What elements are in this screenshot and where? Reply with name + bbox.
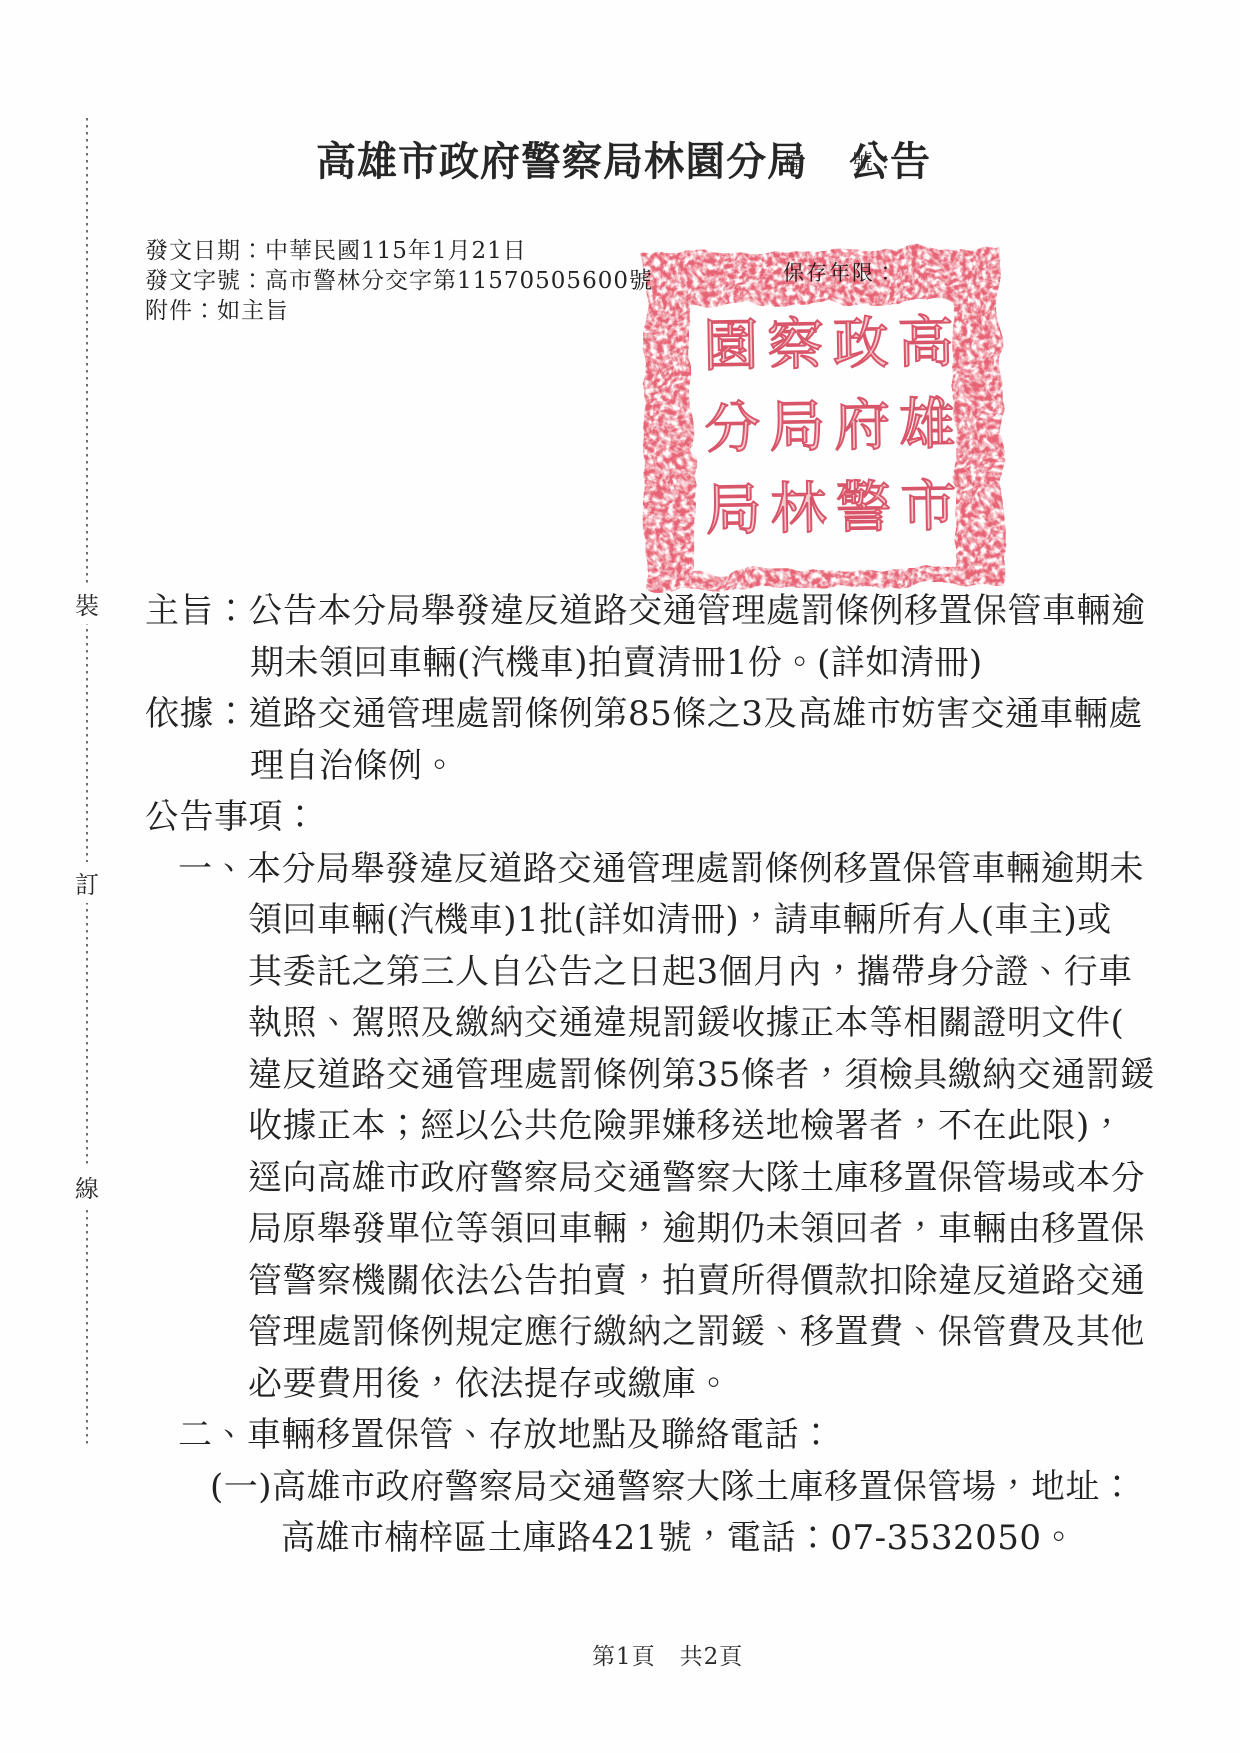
body-line: 必要費用後，依法提存或繳庫。 — [0, 1359, 1240, 1411]
issuance-meta: 發文日期：中華民國115年1月21日 發文字號：高市警林分交字第11570505… — [145, 236, 653, 326]
official-announcement-page: 檔 號： 保存年限： 高雄市政府警察局林園分局 公告 發文日期：中華民國115年… — [0, 0, 1240, 1753]
body-line: 執照、駕照及繳納交通違規罰鍰收據正本等相關證明文件( — [0, 998, 1240, 1050]
body-line: 一、本分局舉發違反道路交通管理處罰條例移置保管車輛逾期未 — [0, 844, 1240, 896]
body-line: 局原舉發單位等領回車輛，逾期仍未領回者，車輛由移置保 — [0, 1204, 1240, 1256]
announcement-body: 主旨：公告本分局舉發違反道路交通管理處罰條例移置保管車輛逾 期未領回車輛(汽機車… — [0, 586, 1240, 1565]
body-line: 逕向高雄市政府警察局交通警察大隊土庫移置保管場或本分 — [0, 1153, 1240, 1205]
body-line: 高雄市楠梓區土庫路421號，電話：07-3532050。 — [0, 1513, 1240, 1565]
body-line: 違反道路交通管理處罰條例第35條者，須檢具繳納交通罰鍰 — [0, 1050, 1240, 1102]
body-line: 二、車輛移置保管、存放地點及聯絡電話： — [0, 1410, 1240, 1462]
document-title: 高雄市政府警察局林園分局 公告 — [316, 130, 931, 187]
body-line: 依據：道路交通管理處罰條例第85條之3及高雄市妨害交通車輛處 — [0, 689, 1240, 741]
seal-column-2: 政府警 — [822, 313, 893, 584]
official-seal: 園分局 察局林 政府警 高雄市 — [631, 237, 1015, 602]
doc-number-line: 發文字號：高市警林分交字第11570505600號 — [145, 266, 653, 296]
body-line: 領回車輛(汽機車)1批(詳如清冊)，請車輛所有人(車主)或 — [0, 895, 1240, 947]
body-line: 期未領回車輛(汽機車)拍賣清冊1份。(詳如清冊) — [0, 638, 1240, 690]
issue-date-line: 發文日期：中華民國115年1月21日 — [145, 236, 653, 266]
body-line: 收據正本；經以公共危險罪嫌移送地檢署者，不在此限)， — [0, 1101, 1240, 1153]
body-line: 主旨：公告本分局舉發違反道路交通管理處罰條例移置保管車輛逾 — [0, 586, 1240, 638]
body-line: 管警察機關依法公告拍賣，拍賣所得價款扣除違反道路交通 — [0, 1256, 1240, 1308]
page-number-indicator: 第1頁 共2頁 — [592, 1638, 743, 1671]
body-line: 公告事項： — [0, 792, 1240, 844]
body-line: (一)高雄市政府警察局交通警察大隊土庫移置保管場，地址： — [0, 1462, 1240, 1514]
seal-column-1: 高雄市 — [887, 312, 958, 583]
seal-column-3: 察局林 — [757, 314, 828, 585]
attachment-line: 附件：如主旨 — [145, 296, 653, 326]
body-line: 管理處罰條例規定應行繳納之罰鍰、移置費、保管費及其他 — [0, 1307, 1240, 1359]
body-line: 其委託之第三人自公告之日起3個月內，攜帶身分證、行車 — [0, 947, 1240, 999]
seal-column-4: 園分局 — [692, 315, 763, 586]
body-line: 理自治條例。 — [0, 741, 1240, 793]
